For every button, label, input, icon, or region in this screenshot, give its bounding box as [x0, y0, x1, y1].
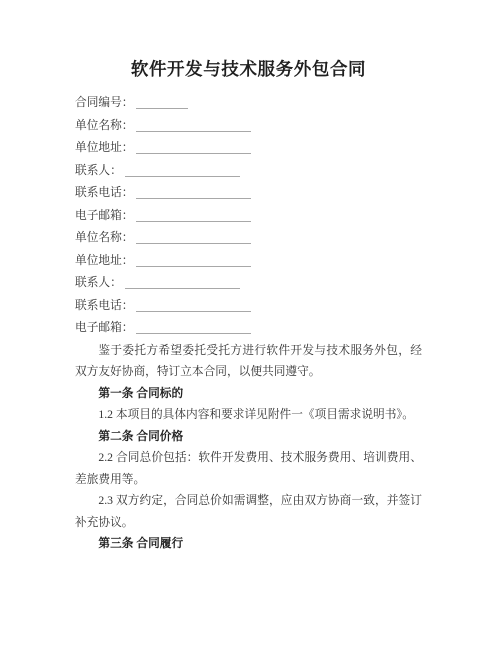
intro-paragraph: 鉴于委托方希望委托受托方进行软件开发与技术服务外包，经双方友好协商，特订立本合同…: [75, 340, 422, 383]
party-a-contact-phone-blank: [136, 186, 251, 199]
clause-2-3: 2.3 双方约定，合同总价如需调整，应由双方协商一致，并签订补充协议。: [75, 490, 422, 533]
party-b-contact-phone-blank: [136, 299, 251, 312]
contract-number-row: 合同编号：: [75, 92, 422, 115]
party-a-email-label: 电子邮箱：: [75, 209, 133, 222]
contract-title: 软件开发与技术服务外包合同: [75, 56, 422, 82]
party-b-contact-phone-label: 联系电话：: [75, 299, 133, 312]
party-b-email-blank: [136, 321, 251, 334]
party-b-contact-person-blank: [125, 276, 240, 289]
clause-2-2: 2.2 合同总价包括：软件开发费用、技术服务费用、培训费用、差旅费用等。: [75, 447, 422, 490]
party-b-contact-phone-row: 联系电话：: [75, 295, 422, 318]
party-a-company-address-blank: [136, 141, 251, 154]
contract-body: 鉴于委托方希望委托受托方进行软件开发与技术服务外包，经双方友好协商，特订立本合同…: [75, 340, 422, 555]
contract-number-label: 合同编号：: [75, 96, 133, 109]
party-b-company-name-row: 单位名称：: [75, 227, 422, 250]
party-b-email-label: 电子邮箱：: [75, 321, 133, 334]
party-b-company-name-label: 单位名称：: [75, 231, 133, 244]
party-a-contact-phone-row: 联系电话：: [75, 182, 422, 205]
party-b-contact-person-row: 联系人：: [75, 272, 422, 295]
party-b-company-address-label: 单位地址：: [75, 254, 133, 267]
party-a-email-blank: [136, 209, 251, 222]
party-a-company-address-row: 单位地址：: [75, 137, 422, 160]
party-a-company-name-label: 单位名称：: [75, 119, 133, 132]
contract-page: 软件开发与技术服务外包合同 合同编号： 单位名称： 单位地址： 联系人： 联系电…: [0, 0, 500, 647]
party-b-company-name-blank: [136, 231, 251, 244]
party-b-company-address-row: 单位地址：: [75, 250, 422, 273]
party-a-email-row: 电子邮箱：: [75, 205, 422, 228]
party-b-email-row: 电子邮箱：: [75, 317, 422, 340]
party-a-contact-person-label: 联系人：: [75, 164, 122, 177]
party-a-company-address-label: 单位地址：: [75, 141, 133, 154]
article-1-heading: 第一条 合同标的: [75, 383, 422, 405]
article-2-heading: 第二条 合同价格: [75, 426, 422, 448]
party-a-contact-phone-label: 联系电话：: [75, 186, 133, 199]
party-a-contact-person-row: 联系人：: [75, 160, 422, 183]
party-b-company-address-blank: [136, 254, 251, 267]
contract-number-blank: [136, 96, 188, 109]
party-a-company-name-row: 单位名称：: [75, 115, 422, 138]
contract-fields: 合同编号： 单位名称： 单位地址： 联系人： 联系电话： 电子邮箱： 单位名称：…: [75, 92, 422, 340]
clause-1-2: 1.2 本项目的具体内容和要求详见附件一《项目需求说明书》。: [75, 404, 422, 426]
article-3-heading: 第三条 合同履行: [75, 533, 422, 555]
party-a-contact-person-blank: [125, 164, 240, 177]
party-a-company-name-blank: [136, 119, 251, 132]
party-b-contact-person-label: 联系人：: [75, 276, 122, 289]
